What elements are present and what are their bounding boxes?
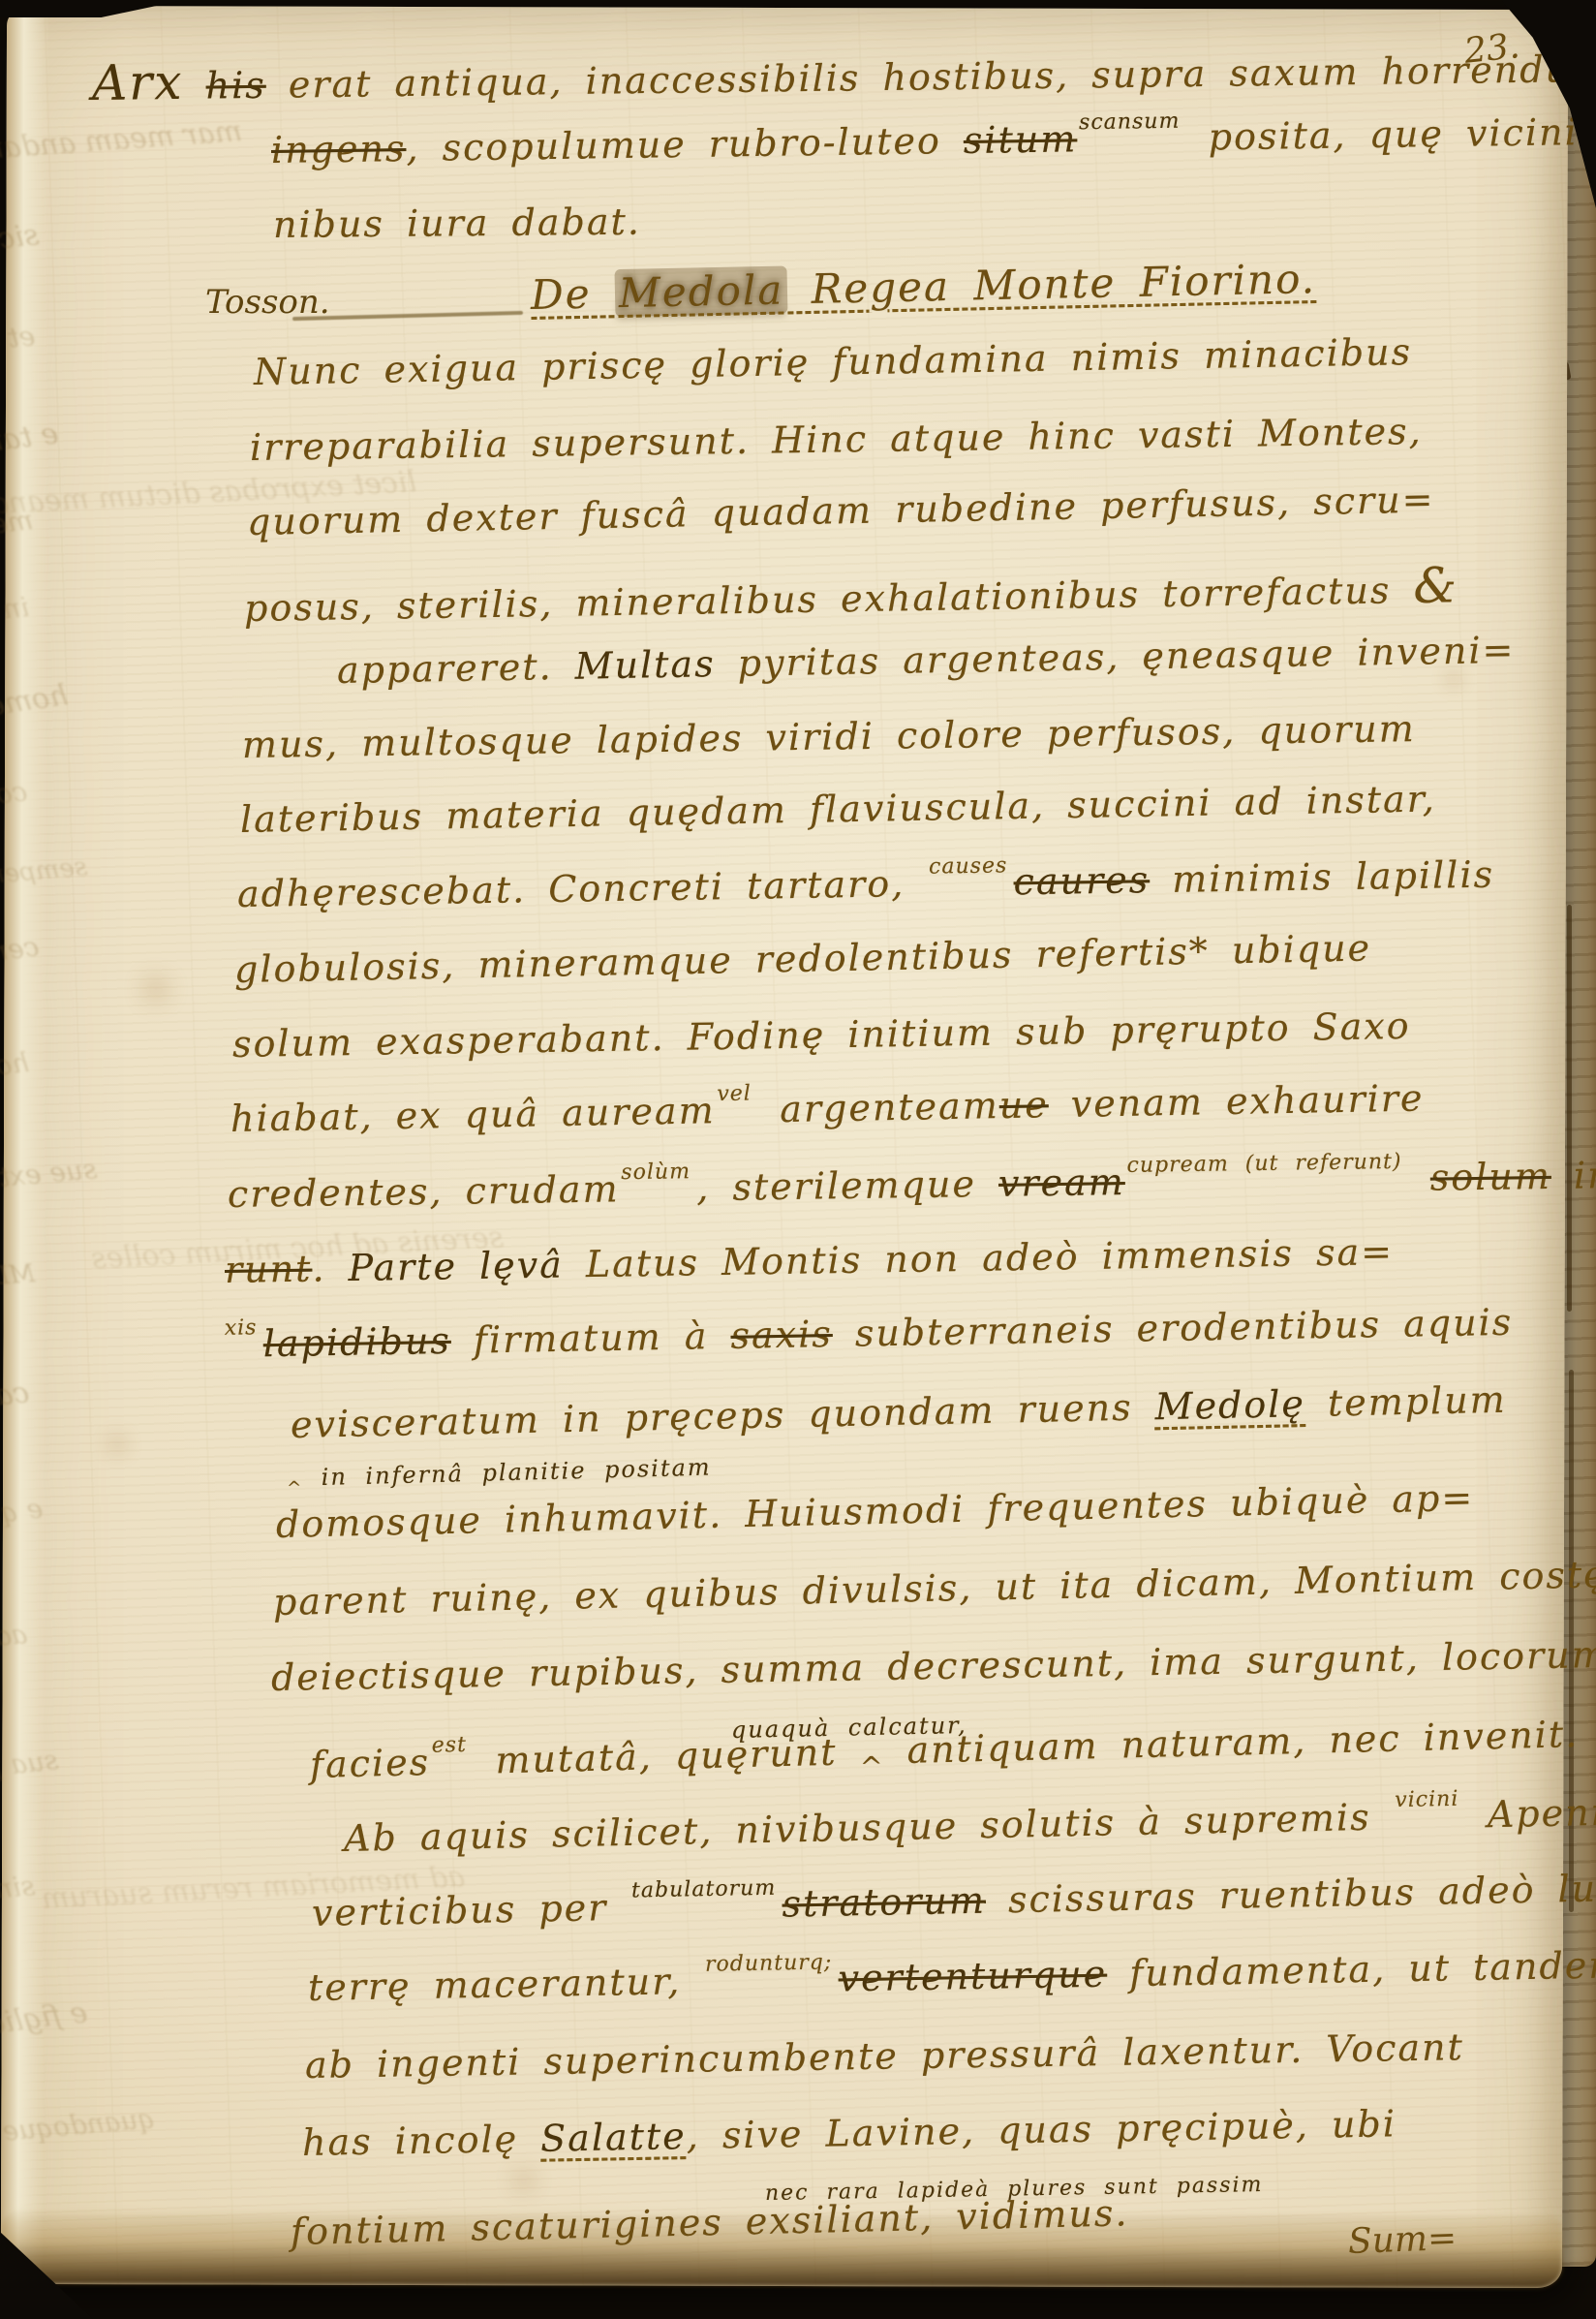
manuscript-line: deiectisque rupibus, summa decrescunt, i… — [271, 1632, 1596, 1699]
text-run: , scopulumue rubro-luteo — [406, 119, 964, 170]
manuscript-line: ^ in infernâ planitie positam — [287, 1454, 712, 1492]
manuscript-line: solum exasperabant. Fodinę initium sub p… — [232, 1005, 1411, 1066]
text-run: invene= — [1551, 1152, 1596, 1197]
manuscript-line: credentes, crudamsolùm, sterilemque vrea… — [228, 1152, 1596, 1216]
text-run: subterraneis erodentibus aquis — [832, 1301, 1513, 1355]
manuscript-line: ab ingenti superincumbente pressurâ laxe… — [305, 2025, 1464, 2087]
text-run: vream — [998, 1160, 1125, 1205]
text-run: caures — [1013, 858, 1150, 903]
manuscript-line: terrę macerantur, rodunturq;vertenturque… — [308, 1943, 1596, 2009]
text-run: xis — [224, 1315, 257, 1341]
text-run: his — [205, 64, 266, 108]
manuscript-line: mus, multosque lapides viridi colore per… — [242, 707, 1416, 766]
text-run: terrę macerantur, — [308, 1960, 704, 2009]
text-run: Arx — [92, 53, 184, 111]
text-run: antiquam naturam, nec invenit. — [884, 1713, 1580, 1773]
text-run: saxis — [730, 1313, 833, 1357]
text-run: Ab aquis scilicet, nivibusque solutis à … — [344, 1795, 1395, 1860]
text-run: solum exasperabant. Fodinę initium sub p… — [232, 1005, 1411, 1066]
manuscript-line: quorum dexter fuscâ quadam rubedine perf… — [247, 478, 1435, 543]
text-run: facies — [309, 1741, 430, 1786]
text-run: pyritas argenteas, ęneasque inveni= — [715, 629, 1516, 685]
text-run: in infernâ planitie positam — [303, 1454, 712, 1492]
text-run: runt — [225, 1248, 313, 1291]
text-run: venam exhaurire — [1048, 1076, 1424, 1126]
text-run: stratorum — [782, 1879, 986, 1926]
text-run: & — [1413, 556, 1459, 614]
manuscript-line: parent ruinę, ex quibus divulsis, ut ita… — [273, 1553, 1596, 1623]
manuscript-line: Arx his erat antiqua, inaccessibilis hos… — [92, 36, 1596, 111]
text-run: vel — [717, 1081, 752, 1106]
text-run: globulosis, mineramque redolentibus refe… — [234, 926, 1372, 991]
text-run: irreparabilia supersunt. Hinc atque hinc… — [250, 410, 1423, 469]
text-run: has incolę — [302, 2118, 541, 2164]
manuscript-line: hiabat, ex quâ aureamvel argenteamue ven… — [230, 1076, 1425, 1140]
text-run: scansum — [1079, 109, 1181, 135]
text-run: rodunturq; — [705, 1950, 833, 1976]
text-run: quorum dexter fuscâ quadam rubedine perf… — [247, 478, 1435, 543]
text-run: causes — [929, 853, 1008, 879]
manuscript-line: has incolę Salatte, sive Lavine, quas pr… — [302, 2102, 1397, 2164]
text-run: posus, sterilis, mineralibus exhalationi… — [244, 569, 1414, 630]
handwritten-text-layer: 23. Tosson. Sum= Arx his erat antiqua, i… — [0, 0, 1596, 2319]
text-run: Multas — [574, 642, 716, 688]
text-run: Apennini — [1464, 1789, 1596, 1836]
text-run: situm — [964, 117, 1078, 162]
text-run: . — [312, 1247, 349, 1290]
manuscript-line: posus, sterilis, mineralibus exhalationi… — [244, 556, 1459, 633]
text-run: minimis lapillis — [1150, 853, 1495, 902]
text-run: ^ — [860, 1750, 886, 1783]
text-run: fontium scaturigines exsiliant, vidimus. — [291, 2191, 1129, 2253]
text-run: De — [530, 269, 615, 319]
text-run: , sive Lavine, quas pręcipuè, ubi — [686, 2102, 1396, 2157]
text-run: hiabat, ex quâ auream — [230, 1089, 716, 1140]
text-run: argenteam — [757, 1084, 999, 1130]
manuscript-line: appareret. Multas pyritas argenteas, ęne… — [337, 629, 1516, 692]
text-run: solum — [1430, 1155, 1552, 1199]
text-run: Medolę — [1154, 1382, 1305, 1428]
text-run: lapidibus — [262, 1319, 451, 1365]
text-run: Regea Monte Fiorino. — [787, 255, 1317, 313]
text-run: deiectisque rupibus, summa decrescunt, i… — [271, 1632, 1596, 1699]
text-run: ue — [998, 1083, 1049, 1127]
text-run: lateribus materia quędam flaviuscula, su… — [240, 777, 1437, 841]
manuscript-line: ingens, scopulumue rubro-luteo situmscan… — [271, 108, 1596, 171]
text-run: Medola — [614, 265, 788, 317]
text-run: ^ — [287, 1478, 304, 1499]
text-run: mus, multosque lapides viridi colore per… — [242, 707, 1416, 766]
text-run: fundamenta, ut tandem — [1107, 1943, 1596, 1994]
text-run: Nunc exigua priscę glorię fundamina nimi… — [254, 330, 1413, 393]
text-run: erat antiqua, inaccessibilis hostibus, s… — [265, 47, 1596, 107]
text-run — [1407, 1157, 1430, 1199]
text-run: tabulatorum — [631, 1876, 777, 1903]
text-run: ingens — [271, 127, 407, 171]
text-run — [183, 65, 206, 108]
text-run: appareret. — [337, 645, 575, 692]
text-run: firmatum à — [450, 1314, 730, 1362]
text-run: parent ruinę, ex quibus divulsis, ut ita… — [273, 1553, 1596, 1623]
manuscript-line: De Medola Regea Monte Fiorino. — [530, 255, 1316, 319]
manuscript-line: fontium scaturigines exsiliant, vidimus. — [291, 2191, 1129, 2253]
text-run: posita, quę vicinis om= — [1185, 108, 1596, 159]
text-run: scissuras ruentibus adeò lubrica — [985, 1865, 1596, 1921]
manuscript-line: adhęrescebat. Concreti tartaro, causesca… — [237, 853, 1495, 915]
text-run: nibus iura dabat. — [273, 201, 641, 246]
text-run: ab ingenti superincumbente pressurâ laxe… — [305, 2025, 1464, 2087]
text-run: cupream (ut referunt) — [1126, 1150, 1401, 1178]
text-run: Parte lęvâ — [348, 1244, 564, 1289]
text-run: verticibus per — [312, 1886, 630, 1934]
text-run: templum — [1304, 1378, 1507, 1425]
text-run: est — [431, 1733, 467, 1758]
text-run: , sterilemque — [696, 1162, 998, 1209]
text-run: Salatte — [540, 2115, 687, 2160]
manuscript-line: runt. Parte lęvâ Latus Montis non adeò i… — [225, 1230, 1395, 1291]
manuscript-line: irreparabilia supersunt. Hinc atque hinc… — [250, 410, 1423, 469]
manuscript-line: Ab aquis scilicet, nivibusque solutis à … — [344, 1789, 1596, 1860]
manuscript-line: lateribus materia quędam flaviuscula, su… — [240, 777, 1437, 841]
text-run: vertenturque — [838, 1953, 1107, 2000]
text-run: adhęrescebat. Concreti tartaro, — [237, 862, 928, 915]
manuscript-line: nibus iura dabat. — [273, 201, 641, 246]
text-run: vicini — [1395, 1787, 1459, 1812]
manuscript-line: evisceratum in pręceps quondam ruens Med… — [291, 1378, 1508, 1446]
manuscript-line: globulosis, mineramque redolentibus refe… — [234, 926, 1372, 991]
catchword: Sum= — [1347, 2218, 1458, 2262]
manuscript-photo: mar meam andansic chedo'set cavalense ta… — [0, 0, 1596, 2319]
text-run: solùm — [621, 1159, 691, 1185]
manuscript-line: xislapidibus firmatum à saxis subterrane… — [223, 1301, 1514, 1366]
text-run: evisceratum in pręceps quondam ruens — [291, 1385, 1156, 1446]
text-run: Latus Montis non adeò immensis sa= — [563, 1230, 1394, 1285]
manuscript-line: verticibus per tabulatorumstratorum scis… — [312, 1865, 1596, 1934]
text-run: mutatâ, quęrunt — [473, 1730, 860, 1782]
manuscript-line: Nunc exigua priscę glorię fundamina nimi… — [254, 330, 1413, 393]
text-run: credentes, crudam — [228, 1167, 620, 1216]
